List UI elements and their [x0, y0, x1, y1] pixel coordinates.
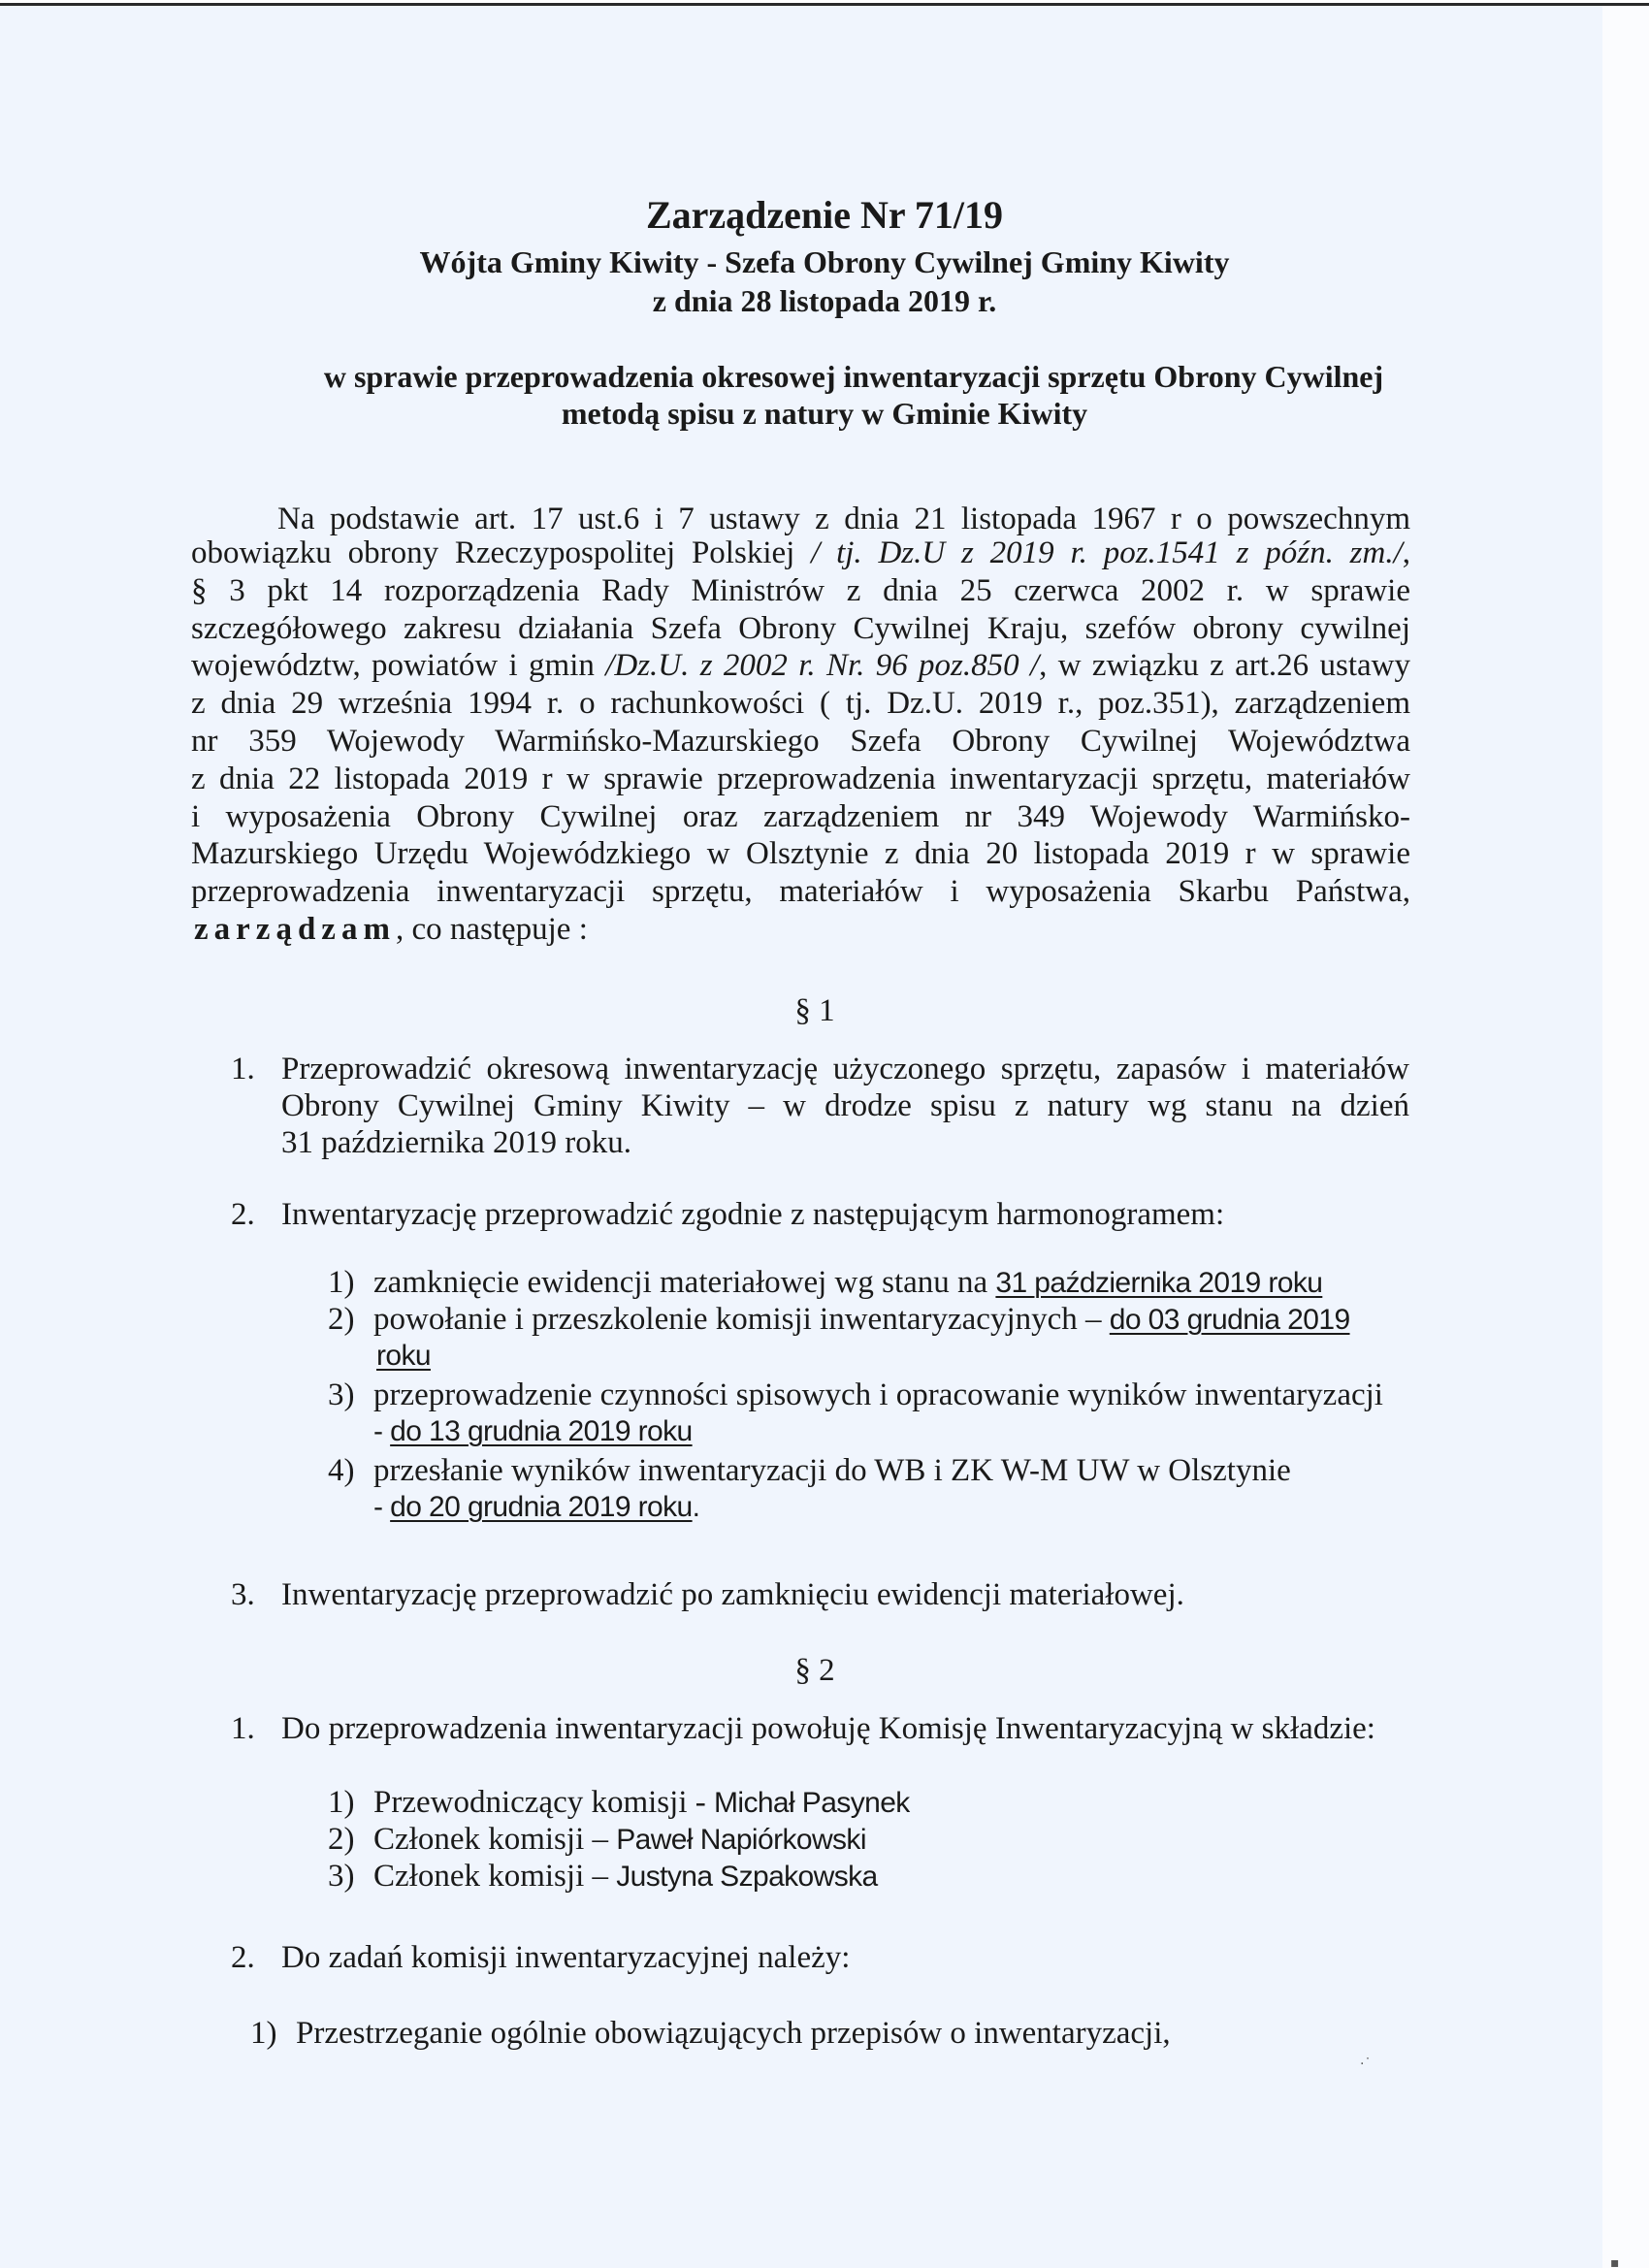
member-role: Członek komisji – [373, 1822, 616, 1857]
text: , co następuje : [396, 912, 588, 947]
item-text: Przeprowadzić okresową inwentaryzację uż… [281, 1050, 1409, 1088]
preamble-line: zarządzam, co następuje : [194, 910, 588, 949]
text: obowiązku obrony Rzeczypospolitej Polski… [191, 535, 811, 570]
text: zamknięcie ewidencji materiałowej wg sta… [373, 1265, 995, 1300]
item-text: 31 października 2019 roku. [281, 1123, 631, 1162]
legal-citation: /Dz.U. z 2002 r. Nr. 96 poz.850 / [605, 648, 1039, 683]
text: . [693, 1491, 700, 1523]
document-issuer: Wójta Gminy Kiwity - Szefa Obrony Cywiln… [0, 243, 1649, 281]
text: - [373, 1415, 390, 1447]
schedule-number: 3) [328, 1376, 355, 1414]
preamble-line: województw, powiatów i gmin /Dz.U. z 200… [191, 646, 1410, 685]
preamble-line: przeprowadzenia inwentaryzacji sprzętu, … [191, 872, 1410, 911]
schedule-text: - do 13 grudnia 2019 roku [373, 1412, 693, 1451]
scan-speck: ▪ [1610, 2255, 1620, 2268]
preamble-line: nr 359 Wojewody Warmińsko-Mazurskiego Sz… [191, 722, 1410, 761]
member-role: Członek komisji – [373, 1859, 616, 1894]
preamble-line: z dnia 29 września 1994 r. o rachunkowoś… [191, 684, 1410, 723]
preamble-line: Mazurskiego Urzędu Wojewódzkiego w Olszt… [191, 834, 1410, 873]
item-text: Inwentaryzację przeprowadzić po zamknięc… [281, 1575, 1184, 1614]
committee-member: Członek komisji – Justyna Szpakowska [373, 1857, 878, 1896]
document-title: Zarządzenie Nr 71/19 [0, 196, 1649, 235]
member-name: Michał Pasynek [714, 1787, 910, 1819]
preamble-line: obowiązku obrony Rzeczypospolitej Polski… [191, 534, 1410, 572]
preamble-line: szczegółowego zakresu działania Szefa Ob… [191, 609, 1410, 648]
item-number: 2. [231, 1938, 255, 1977]
deadline: 31 października 2019 roku [995, 1267, 1322, 1299]
scan-top-edge [0, 0, 1649, 8]
item-number: 1. [231, 1050, 255, 1088]
preamble-line: i wyposażenia Obrony Cywilnej oraz zarzą… [191, 797, 1410, 836]
member-number: 3) [328, 1857, 355, 1895]
text: województw, powiatów i gmin [191, 648, 605, 683]
item-number: 3. [231, 1575, 255, 1614]
schedule-number: 4) [328, 1451, 355, 1490]
deadline: do 13 grudnia 2019 roku [390, 1415, 692, 1447]
committee-member: Członek komisji – Paweł Napiórkowski [373, 1820, 866, 1860]
schedule-text: przesłanie wyników inwentaryzacji do WB … [373, 1451, 1291, 1490]
schedule-text: roku [376, 1337, 431, 1376]
deadline: roku [376, 1340, 431, 1372]
text: powołanie i przeszkolenie komisji inwent… [373, 1302, 1110, 1337]
document-subject-line2: metodą spisu z natury w Gminie Kiwity [0, 394, 1649, 433]
deadline: do 20 grudnia 2019 roku [390, 1491, 692, 1523]
member-name: Justyna Szpakowska [616, 1861, 877, 1893]
schedule-number: 1) [328, 1263, 355, 1302]
legal-citation: / tj. Dz.U z 2019 r. poz.1541 z późn. zm… [811, 535, 1403, 570]
duty-number: 1) [250, 2014, 277, 2053]
preamble-line: z dnia 22 listopada 2019 r w sprawie prz… [191, 760, 1410, 798]
schedule-text: - do 20 grudnia 2019 roku. [373, 1488, 699, 1527]
member-name: Paweł Napiórkowski [616, 1824, 866, 1856]
scan-right-margin [1602, 6, 1649, 2268]
item-text: Do przeprowadzenia inwentaryzacji powołu… [281, 1709, 1375, 1748]
text: , [1403, 535, 1410, 570]
member-number: 2) [328, 1820, 355, 1859]
committee-member: Przewodniczący komisji - Michał Pasynek [373, 1783, 910, 1823]
schedule-number: 2) [328, 1300, 355, 1339]
schedule-text: przeprowadzenie czynności spisowych i op… [373, 1376, 1383, 1414]
document-subject-line1: w sprawie przeprowadzenia okresowej inwe… [29, 357, 1649, 396]
preamble-line: § 3 pkt 14 rozporządzenia Rady Ministrów… [191, 571, 1410, 610]
section-1-heading: § 1 [0, 991, 1639, 1030]
member-role: Przewodniczący komisji - [373, 1785, 714, 1820]
item-text: Inwentaryzację przeprowadzić zgodnie z n… [281, 1195, 1224, 1234]
item-number: 1. [231, 1709, 255, 1748]
text: , w związku z art.26 ustawy [1039, 648, 1410, 683]
item-text: Do zadań komisji inwentaryzacyjnej należ… [281, 1938, 850, 1977]
section-2-heading: § 2 [0, 1651, 1639, 1690]
document-date: z dnia 28 listopada 2019 r. [0, 281, 1649, 320]
text: - [373, 1491, 390, 1523]
decree-word: zarządzam [194, 912, 396, 947]
duty-text: Przestrzeganie ogólnie obowiązujących pr… [296, 2014, 1171, 2053]
schedule-text: zamknięcie ewidencji materiałowej wg sta… [373, 1263, 1322, 1303]
preamble-line: Na podstawie art. 17 ust.6 i 7 ustawy z … [277, 500, 1410, 538]
member-number: 1) [328, 1783, 355, 1822]
scan-speck: ·˙ [1360, 2057, 1371, 2072]
item-number: 2. [231, 1195, 255, 1234]
schedule-text: powołanie i przeszkolenie komisji inwent… [373, 1300, 1350, 1340]
deadline: do 03 grudnia 2019 [1110, 1304, 1350, 1336]
item-text: Obrony Cywilnej Gminy Kiwity – w drodze … [281, 1086, 1409, 1125]
